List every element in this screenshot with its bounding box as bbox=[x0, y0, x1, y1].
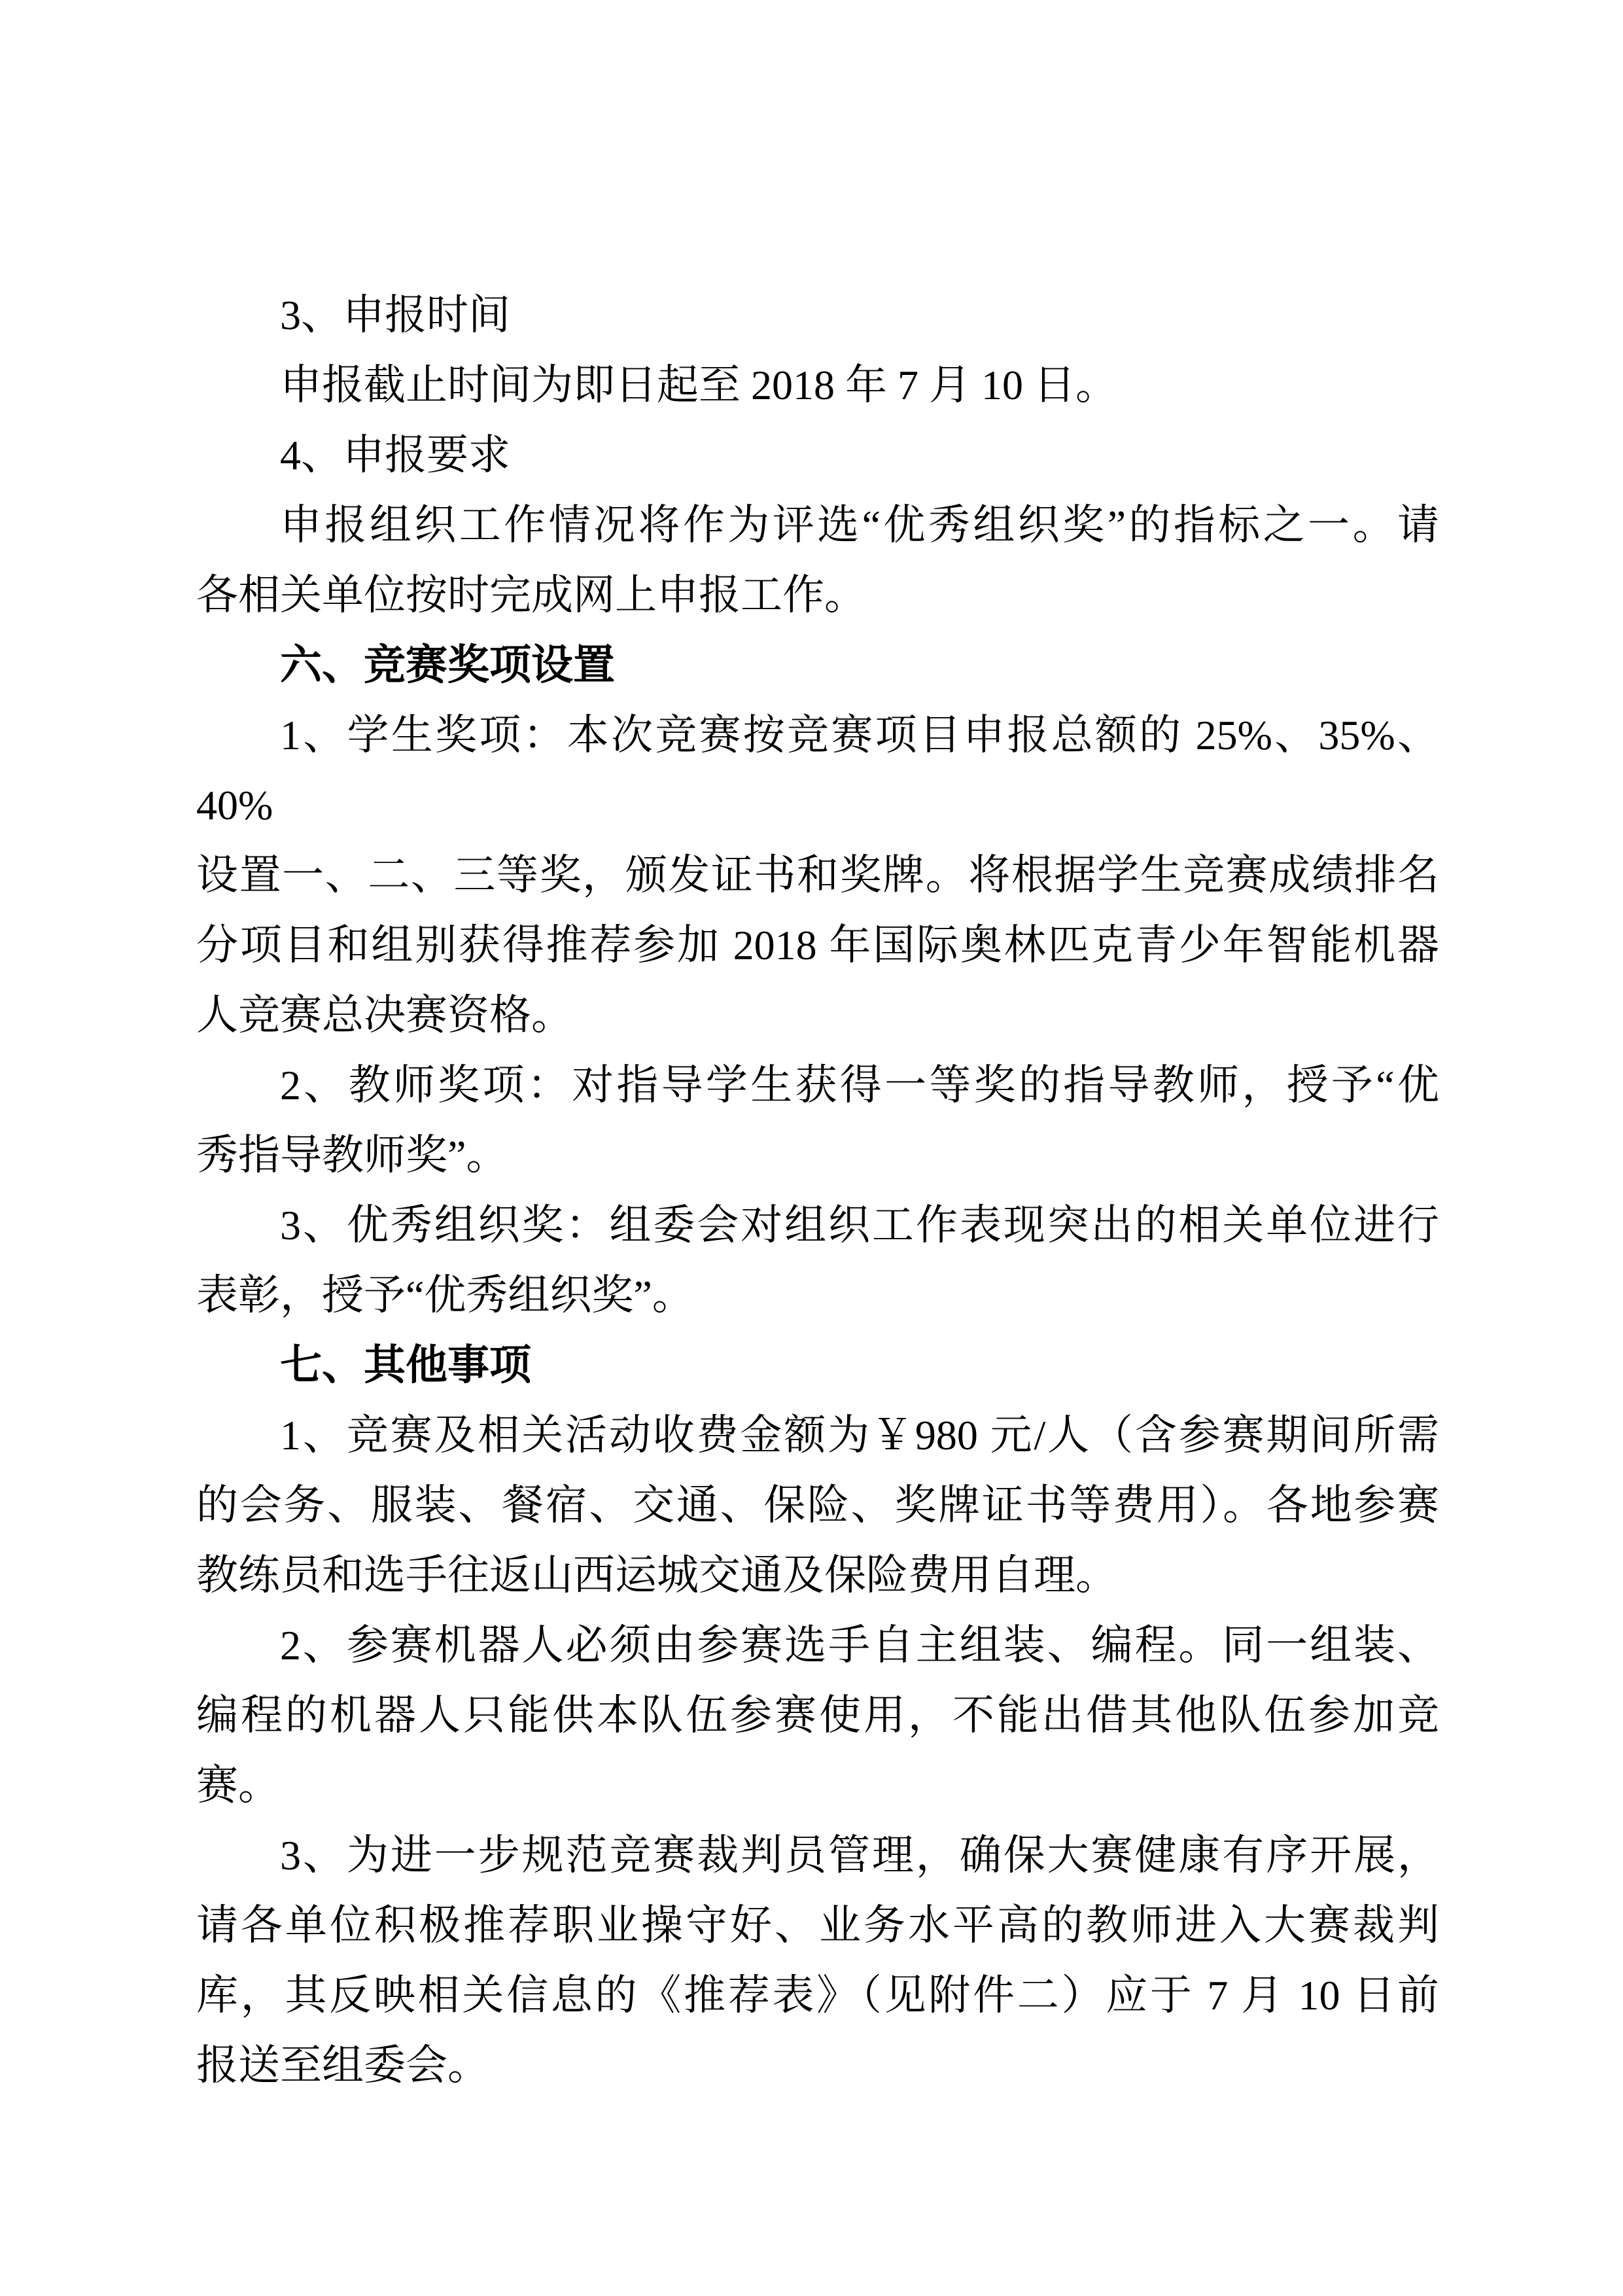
section-heading: 六、竞赛奖项设置 bbox=[196, 630, 1439, 700]
document-page: 3、申报时间申报截止时间为即日起至 2018 年 7 月 10 日。4、申报要求… bbox=[0, 0, 1623, 2296]
text-line: 编程的机器人只能供本队伍参赛使用，不能出借其他队伍参加竞 bbox=[196, 1680, 1439, 1750]
text-line: 报送至组委会。 bbox=[196, 2030, 1439, 2100]
text-line: 库，其反映相关信息的《推荐表》（见附件二）应于 7 月 10 日前 bbox=[196, 1960, 1439, 2030]
text-line: 申报截止时间为即日起至 2018 年 7 月 10 日。 bbox=[196, 350, 1439, 420]
text-line: 分项目和组别获得推荐参加 2018 年国际奥林匹克青少年智能机器 bbox=[196, 910, 1439, 980]
text-line: 表彰，授予“优秀组织奖”。 bbox=[196, 1260, 1439, 1330]
text-line: 的会务、服装、餐宿、交通、保险、奖牌证书等费用）。各地参赛 bbox=[196, 1470, 1439, 1540]
text-line: 请各单位积极推荐职业操守好、业务水平高的教师进入大赛裁判 bbox=[196, 1890, 1439, 1960]
section-heading: 七、其他事项 bbox=[196, 1330, 1439, 1400]
text-line: 申报组织工作情况将作为评选“优秀组织奖”的指标之一。请 bbox=[196, 490, 1439, 560]
text-line: 秀指导教师奖”。 bbox=[196, 1120, 1439, 1190]
text-line: 教练员和选手往返山西运城交通及保险费用自理。 bbox=[196, 1540, 1439, 1610]
text-line: 赛。 bbox=[196, 1750, 1439, 1820]
text-line: 人竞赛总决赛资格。 bbox=[196, 980, 1439, 1050]
text-line: 1、学生奖项：本次竞赛按竞赛项目申报总额的 25%、35%、40% bbox=[196, 700, 1439, 840]
text-line: 2、教师奖项：对指导学生获得一等奖的指导教师，授予“优 bbox=[196, 1050, 1439, 1120]
text-line: 各相关单位按时完成网上申报工作。 bbox=[196, 560, 1439, 630]
text-line: 4、申报要求 bbox=[196, 420, 1439, 490]
text-line: 1、竞赛及相关活动收费金额为￥980 元/人（含参赛期间所需 bbox=[196, 1400, 1439, 1470]
text-line: 3、优秀组织奖：组委会对组织工作表现突出的相关单位进行 bbox=[196, 1190, 1439, 1260]
text-line: 3、申报时间 bbox=[196, 280, 1439, 350]
text-line: 设置一、二、三等奖，颁发证书和奖牌。将根据学生竞赛成绩排名 bbox=[196, 840, 1439, 910]
text-line: 2、参赛机器人必须由参赛选手自主组装、编程。同一组装、 bbox=[196, 1610, 1439, 1680]
document-body-text: 3、申报时间申报截止时间为即日起至 2018 年 7 月 10 日。4、申报要求… bbox=[196, 280, 1439, 2100]
text-line: 3、为进一步规范竞赛裁判员管理，确保大赛健康有序开展， bbox=[196, 1820, 1439, 1890]
